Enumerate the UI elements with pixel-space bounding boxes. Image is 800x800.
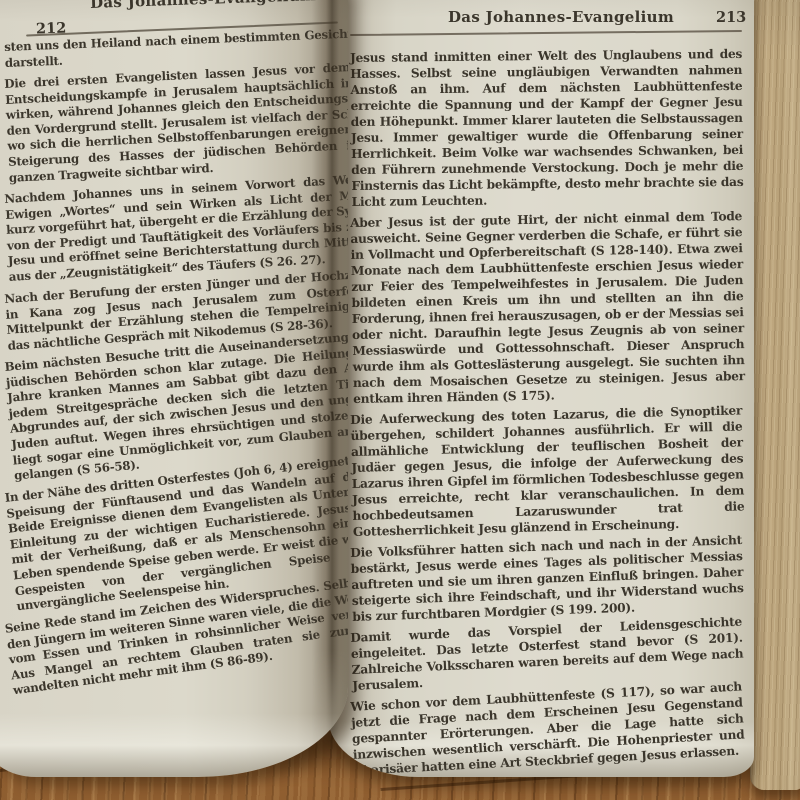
running-header-right: Das Johannes-Evangelium xyxy=(448,8,674,26)
paragraph: Nachdem Johannes uns in seinem Vorwort d… xyxy=(4,170,348,286)
paragraph: Aber Jesus ist der gute Hirt, der nicht … xyxy=(350,208,745,407)
running-header-left: Das Johannes-Evangelium xyxy=(90,0,317,12)
open-book-photo: 212 Das Johannes-Evangelium sten uns den… xyxy=(0,0,800,800)
header-rule-right xyxy=(350,30,742,36)
paragraph: Wie schon vor dem Laubhüttenfeste (S 117… xyxy=(350,678,746,777)
book-gutter-shadow xyxy=(312,0,352,760)
left-page: 212 Das Johannes-Evangelium sten uns den… xyxy=(0,0,348,777)
paragraph: Jesus stand inmitten einer Welt des Ungl… xyxy=(350,46,744,210)
paragraph: Die drei ersten Evangelisten lassen Jesu… xyxy=(4,58,348,187)
paragraph: Die Auferweckung des toten Lazarus, die … xyxy=(350,402,745,540)
page-number-right: 213 xyxy=(716,9,746,26)
right-page-text: Jesus stand inmitten einer Welt des Ungl… xyxy=(350,50,742,777)
left-page-text: sten uns den Heiland nach einem bestimmt… xyxy=(4,40,348,706)
paragraph: Die Volksführer hatten sich nach und nac… xyxy=(350,532,744,625)
right-page: Das Johannes-Evangelium 213 Jesus stand … xyxy=(328,0,754,777)
page-block-fore-edge xyxy=(750,0,800,790)
